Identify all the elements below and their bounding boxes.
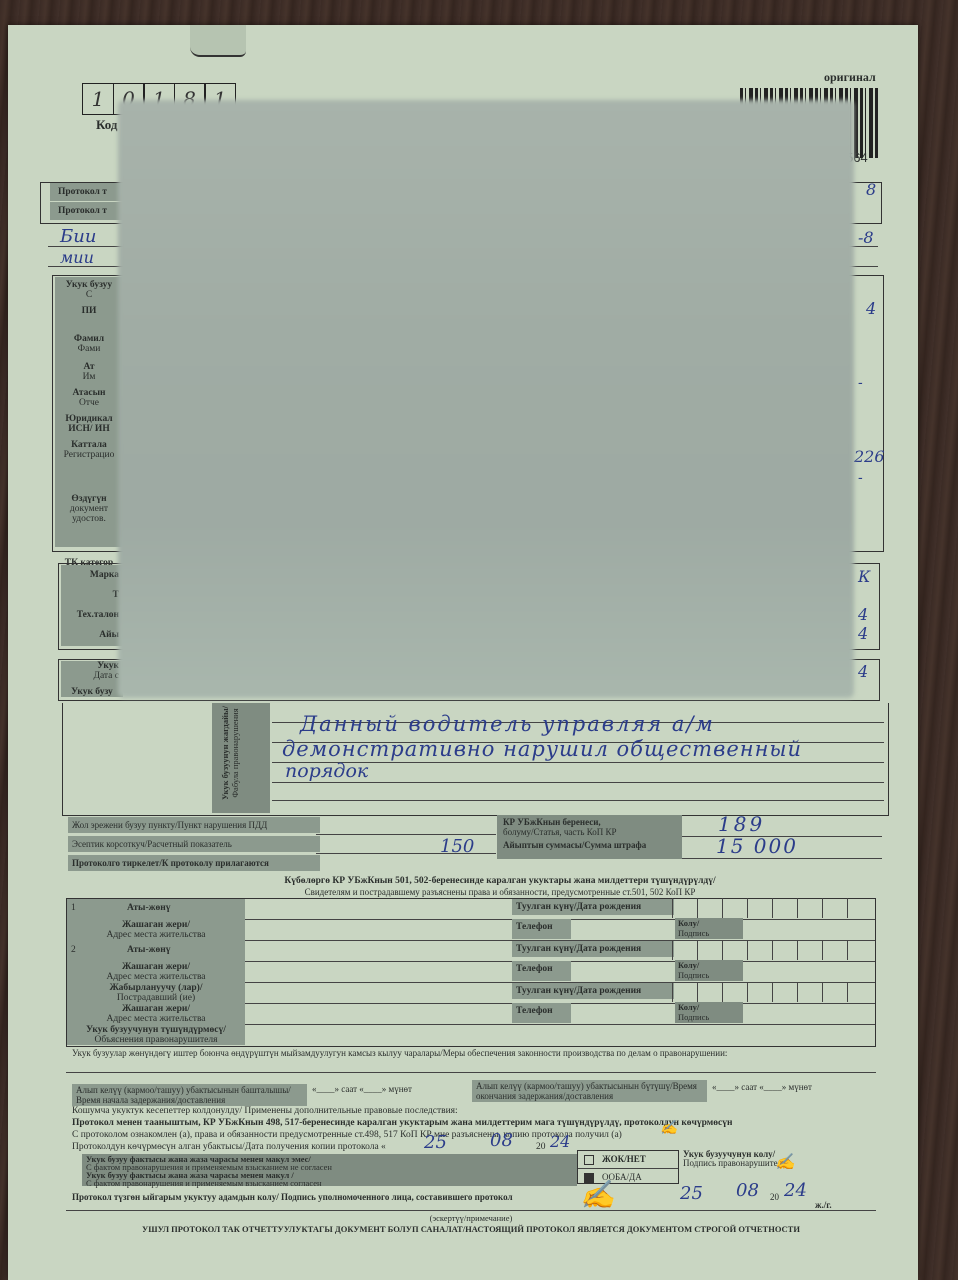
sdd-point-label: Жол эрежени бузуу пункту/Пункт нарушения… xyxy=(68,817,320,833)
field-label: Айы xyxy=(61,620,123,640)
field-label: Адрес места жительства xyxy=(67,972,245,982)
field-label: Т xyxy=(61,580,123,600)
vehicle-label-column: Марка Т Тех.талон Айы xyxy=(61,565,123,646)
field-label: Аты-жөнү xyxy=(127,903,171,913)
field-label: Өздүгүн xyxy=(55,460,123,504)
handwritten-value: 4 xyxy=(866,299,876,318)
witness-title-ru: Свидетелям и пострадавшему разъяснены пр… xyxy=(150,887,850,897)
additional-consequences: Кошумча укуктук кесепеттер колдонулду/ П… xyxy=(72,1106,458,1116)
plot-label-box: Укук бузуунун жагдайы/ Фабула правонаруш… xyxy=(212,703,270,813)
handwritten-value: 8 xyxy=(866,180,876,199)
handwritten-value: - xyxy=(858,375,863,391)
acquainted-kg: Протокол менен тааныштым, КР УБжКнын 498… xyxy=(72,1118,732,1128)
field-label: Укук бузуу xyxy=(55,277,123,290)
field-label: Марка xyxy=(61,565,123,580)
handwritten-value: -8 xyxy=(858,228,874,247)
birth-date-cells[interactable] xyxy=(672,898,872,918)
plot-text-line: Данный водитель управляя а/м xyxy=(300,712,715,736)
copy-day: 25 xyxy=(424,1132,447,1153)
sign-label-kg: Колу/ xyxy=(678,918,743,928)
field-label: Ат xyxy=(55,354,123,372)
sign-year-prefix: 20 xyxy=(770,1192,779,1202)
offender-sign-ru: Подпись правонарушителя xyxy=(683,1159,786,1168)
witness-num: 2 xyxy=(71,945,76,955)
copy-year: 24 xyxy=(550,1132,570,1151)
offender-sign-label: Укук бузуучунун колу/ Подпись правонаруш… xyxy=(683,1150,786,1168)
copy-signature: ✍ xyxy=(660,1120,677,1136)
protocol-row-label: Протокол т xyxy=(50,202,128,220)
handwritten-value: 4 xyxy=(858,624,868,643)
no-label: ЖОК/НЕТ xyxy=(602,1154,646,1164)
detain-end-label: Алып келүү (кармоо/ташуу) убактысынын бү… xyxy=(472,1080,707,1102)
fine-label: Айыптын суммасы/Сумма штрафа xyxy=(503,837,676,850)
handwritten-value: - xyxy=(858,470,863,486)
birth-date-label: Туулган күнү/Дата рождения xyxy=(512,941,674,957)
article-label-ru: болуму/Статья, часть КоП КР xyxy=(503,827,676,837)
article-label-kg: КР УБжКнын беренеси, xyxy=(503,817,676,827)
article-value: 189 xyxy=(718,812,765,836)
phone-label: Телефон xyxy=(512,1003,571,1023)
witness-num: 1 xyxy=(71,903,76,913)
no-option[interactable]: ЖОК/НЕТ xyxy=(578,1151,678,1169)
year-suffix: ж./г. xyxy=(815,1200,832,1210)
field-label: Адрес места жительства xyxy=(67,930,245,940)
handwritten-text: мии xyxy=(60,248,94,267)
sign-label-kg: Колу/ xyxy=(678,960,743,970)
field-label: Жашаган жери/ xyxy=(67,962,245,972)
no-checkbox[interactable] xyxy=(584,1155,594,1165)
field-label: Укук бузуучунун түшүндүрмөсү/ xyxy=(67,1025,245,1035)
birth-date-cells[interactable] xyxy=(672,940,872,960)
copy-year-prefix: 20 xyxy=(536,1142,546,1152)
birth-date-label: Туулган күнү/Дата рождения xyxy=(512,983,674,999)
field-label: Им xyxy=(55,372,123,382)
violation-label-column: Укук Дата с Укук бузу xyxy=(61,661,123,697)
field-label: ИСН/ ИН xyxy=(55,424,123,434)
sign-day: 25 xyxy=(680,1183,703,1204)
field-label: Юридикал xyxy=(55,408,123,424)
redacted-area xyxy=(118,100,854,698)
detain-start-label: Алып келүү (кармоо/ташуу) убактысынын ба… xyxy=(72,1084,307,1106)
field-label: Отче xyxy=(55,398,123,408)
witness-label-column: 1Аты-жөнү Жашаган жери/Адрес места жител… xyxy=(67,899,245,1045)
offender-label-column: Укук бузуу С ПИ Фамил Фами Ат Им Атасын … xyxy=(55,277,123,547)
field-label: Каттала xyxy=(55,434,123,450)
field-label: ТК категор xyxy=(55,524,123,568)
field-label: Аты-жөнү xyxy=(127,945,171,955)
field-label: Жашаган жери/ xyxy=(67,920,245,930)
offender-signature: ✍ xyxy=(775,1152,795,1171)
field-label: документ удостов. xyxy=(55,504,123,524)
field-label: Объяснения правонарушителя xyxy=(67,1035,245,1045)
detain-end-time[interactable]: «____» саат «____» мүнөт xyxy=(712,1082,812,1092)
strict-reporting-notice: УШУЛ ПРОТОКОЛ ТАК ОТЧЕТТУУЛУКТАГЫ ДОКУМЕ… xyxy=(66,1224,876,1234)
attached-label: Протоколго тиркелет/К протоколу прилагаю… xyxy=(68,855,320,871)
sign-label-ru: Подпись xyxy=(678,928,743,938)
handwritten-value: 226 xyxy=(854,447,885,466)
handwritten-text: Бии xyxy=(60,226,96,247)
field-label: Дата с xyxy=(61,671,123,681)
field-label: Жабырлануучу (лар)/ xyxy=(67,983,245,993)
fine-value: 15 000 xyxy=(716,834,798,858)
field-label: Тех.талон xyxy=(61,600,123,620)
plot-text-line: порядок xyxy=(285,760,368,782)
handwritten-value: 4 xyxy=(858,662,868,681)
consent-box: Укук бузуу фактысы жана жаза чарасы мене… xyxy=(82,1154,577,1186)
plot-label-ru: Фабула правонарушения xyxy=(230,703,240,803)
officer-sign-label: Протокол түзгөн ыйгарым укуктуу адамдын … xyxy=(72,1192,513,1202)
plot-text-line: демонстративно нарушил общественный xyxy=(282,737,802,761)
field-label: Фами xyxy=(55,344,123,354)
sign-label-ru: Подпись xyxy=(678,970,743,980)
plot-label-kg: Укук бузуунун жагдайы/ xyxy=(220,703,230,803)
staple-tear xyxy=(190,25,246,57)
sign-label: Колу/Подпись xyxy=(675,1002,743,1023)
birth-date-cells[interactable] xyxy=(672,982,872,1002)
code-label: Код xyxy=(96,117,117,133)
detain-start-time[interactable]: «____» саат «____» мүнөт xyxy=(312,1084,412,1094)
copy-received-label: Протоколдун көчүрмөсүн алган убактысы/Да… xyxy=(72,1142,386,1152)
sign-label: Колу/Подпись xyxy=(675,918,743,939)
field-label: Регистрацио xyxy=(55,450,123,460)
sign-label: Колу/Подпись xyxy=(675,960,743,981)
code-digit: 1 xyxy=(82,83,114,115)
field-label: Адрес места жительства xyxy=(67,1014,245,1024)
agree-ru: С фактом правонарушения и применяемым вз… xyxy=(86,1179,573,1187)
field-label: Укук xyxy=(61,661,123,671)
field-label: Атасын xyxy=(55,382,123,398)
note-label: (эскертүү/примечание) xyxy=(66,1213,876,1223)
sign-month: 08 xyxy=(736,1180,759,1201)
protocol-row-label: Протокол т xyxy=(50,183,128,201)
calc-index-label: Эсептик корсоткуч/Расчетный показатель xyxy=(68,836,320,852)
birth-date-label: Туулган күнү/Дата рождения xyxy=(512,899,674,915)
article-label-box: КР УБжКнын беренеси, болуму/Статья, част… xyxy=(497,815,682,859)
copy-month: 08 xyxy=(490,1130,513,1151)
witness-title-kg: Күбөлөргө КР УБжКнын 501, 502-беренесинд… xyxy=(150,876,850,886)
field-label: ПИ xyxy=(55,300,123,324)
handwritten-value: 4 xyxy=(858,605,868,624)
field-label: Фамил xyxy=(55,324,123,344)
officer-signature: ✍ xyxy=(580,1178,615,1211)
field-label: Жашаган жери/ xyxy=(67,1004,245,1014)
phone-label: Телефон xyxy=(512,961,571,981)
sign-year: 24 xyxy=(784,1180,807,1201)
acquainted-ru: С протоколом ознакомлен (а), права и обя… xyxy=(72,1130,672,1140)
original-label: оригинал xyxy=(824,70,876,85)
field-label: Укук бузу xyxy=(61,681,123,697)
phone-label: Телефон xyxy=(512,919,571,939)
sign-label-kg: Колу/ xyxy=(678,1002,743,1012)
sign-label-ru: Подпись xyxy=(678,1012,743,1022)
field-label: С xyxy=(55,290,123,300)
measures-text: Укук бузуулар жөнүндөгү иштер боюнча өнд… xyxy=(72,1048,872,1058)
handwritten-value: К xyxy=(858,567,870,586)
field-label: Пострадавший (ие) xyxy=(67,993,245,1003)
